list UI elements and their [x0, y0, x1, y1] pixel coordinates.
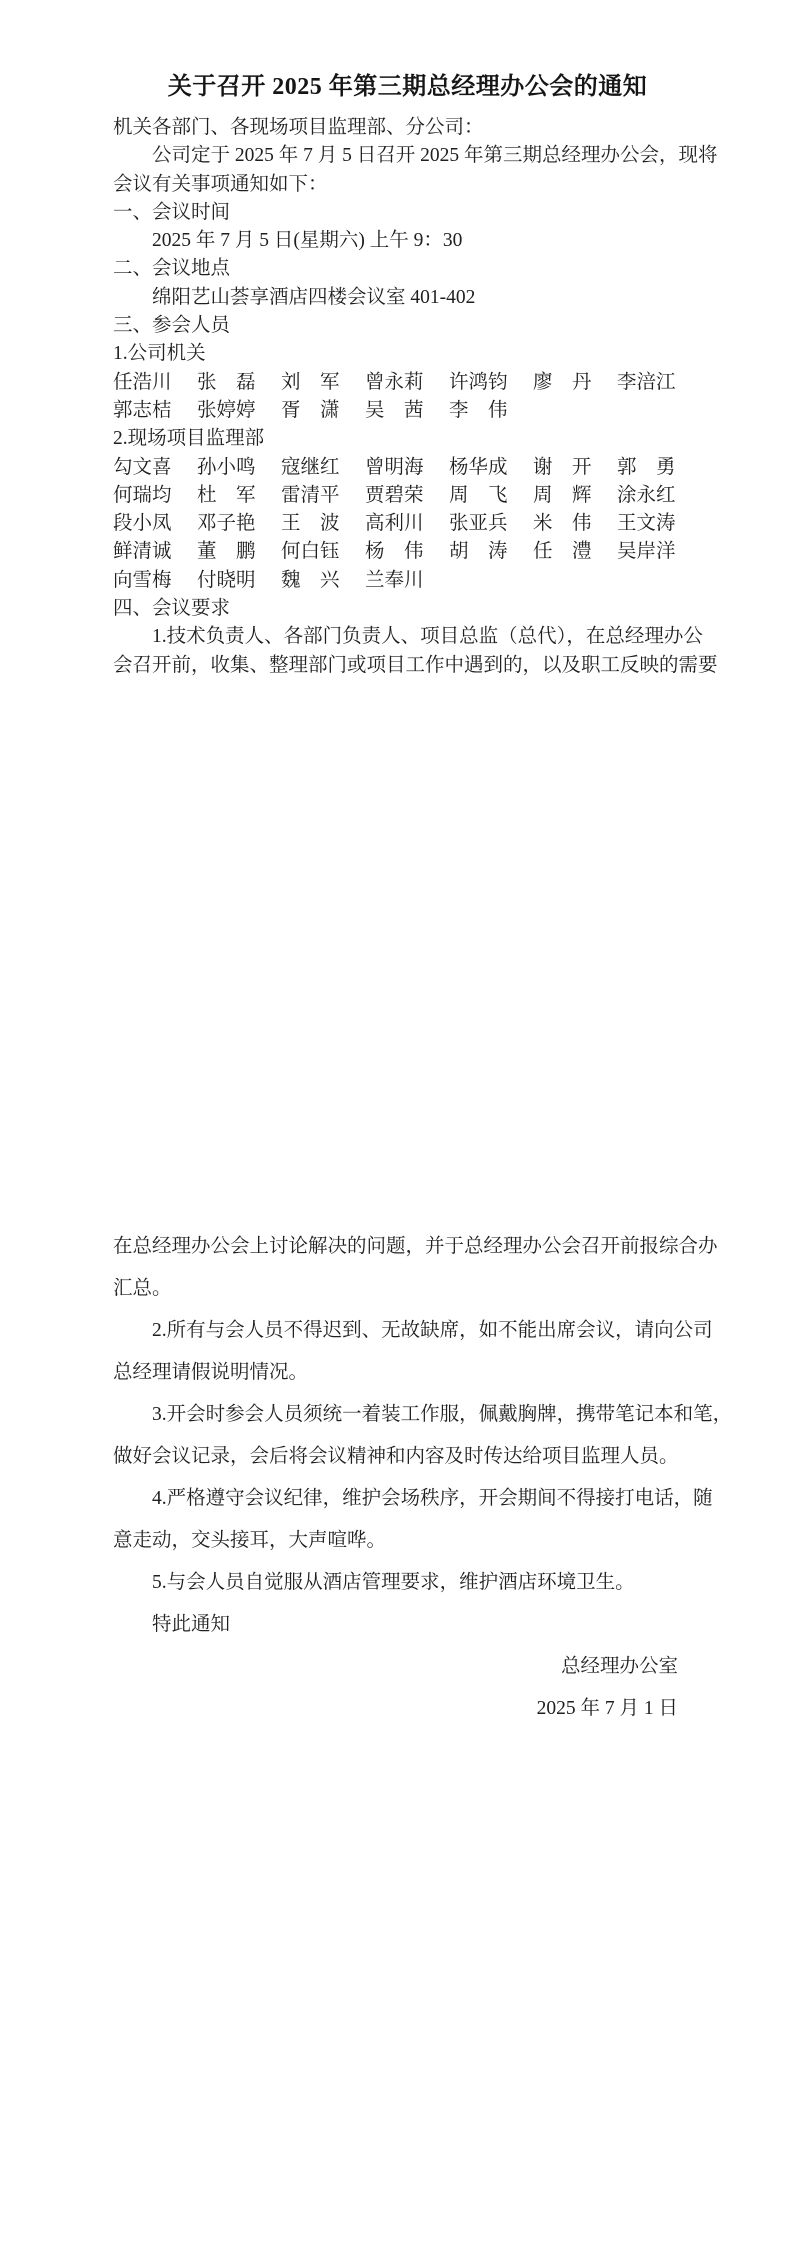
attendee-name: 任浩川: [113, 369, 197, 397]
text-line: 意走动，交头接耳，大声喧哗。: [113, 1520, 702, 1562]
text-line: 四、会议要求: [113, 595, 702, 623]
attendee-name: 张婷婷: [197, 397, 281, 425]
document-title: 关于召开 2025 年第三期总经理办公会的通知: [113, 70, 702, 104]
attendee-name: 胥 潇: [281, 397, 365, 425]
attendee-name: 涂永红: [617, 482, 701, 510]
attendee-name: 郭 勇: [617, 454, 701, 482]
attendee-name: 周 飞: [449, 482, 533, 510]
attendee-name: 何白钰: [281, 538, 365, 566]
attendee-name-row: 段小凤邓子艳王 波高利川张亚兵米 伟王文涛: [113, 510, 702, 538]
text-line: 在总经理办公会上讨论解决的问题，并于总经理办公会召开前报综合办: [113, 1226, 702, 1268]
attendee-name: 谢 开: [533, 454, 617, 482]
attendee-name: 孙小鸣: [197, 454, 281, 482]
text-line: 做好会议记录，会后将会议精神和内容及时传达给项目监理人员。: [113, 1436, 702, 1478]
text-line: 3.开会时参会人员须统一着装工作服，佩戴胸牌，携带笔记本和笔，: [113, 1394, 702, 1436]
page-break-gap: [113, 680, 702, 1226]
attendee-name-row: 勾文喜孙小鸣寇继红曾明海杨华成谢 开郭 勇: [113, 454, 702, 482]
attendee-name: 勾文喜: [113, 454, 197, 482]
attendee-name: 杜 军: [197, 482, 281, 510]
attendee-name: 王文涛: [617, 510, 701, 538]
attendee-name: 胡 涛: [449, 538, 533, 566]
text-line: 4.严格遵守会议纪律，维护会场秩序，开会期间不得接打电话，随: [113, 1478, 702, 1520]
attendee-name: 雷清平: [281, 482, 365, 510]
text-line: 1.公司机关: [113, 340, 702, 368]
attendee-name: 廖 丹: [533, 369, 617, 397]
text-line: 三、参会人员: [113, 312, 702, 340]
attendee-name: 寇继红: [281, 454, 365, 482]
attendee-name: 段小凤: [113, 510, 197, 538]
attendee-name: 贾碧荣: [365, 482, 449, 510]
attendee-name: 许鸿钧: [449, 369, 533, 397]
attendee-name: 周 辉: [533, 482, 617, 510]
attendee-name: 任 澧: [533, 538, 617, 566]
text-line: 5.与会人员自觉服从酒店管理要求，维护酒店环境卫生。: [113, 1562, 702, 1604]
text-line: 绵阳艺山荟享酒店四楼会议室 401-402: [113, 284, 702, 312]
attendee-name-row: 鲜清诚董 鹏何白钰杨 伟胡 涛任 澧吴岸洋: [113, 538, 702, 566]
text-line: 2.所有与会人员不得迟到、无故缺席，如不能出席会议，请向公司: [113, 1310, 702, 1352]
attendee-name: 付晓明: [197, 567, 281, 595]
text-line: 汇总。: [113, 1268, 702, 1310]
page2-content: 在总经理办公会上讨论解决的问题，并于总经理办公会召开前报综合办汇总。2.所有与会…: [113, 1226, 702, 1730]
attendee-name: 米 伟: [533, 510, 617, 538]
text-line: 总经理请假说明情况。: [113, 1352, 702, 1394]
text-line: 总经理办公室: [113, 1646, 702, 1688]
attendee-name: 曾永莉: [365, 369, 449, 397]
text-line: 2.现场项目监理部: [113, 425, 702, 453]
attendee-name: 兰奉川: [365, 567, 449, 595]
attendee-name: 李涪江: [617, 369, 701, 397]
text-line: 会召开前，收集、整理部门或项目工作中遇到的，以及职工反映的需要: [113, 652, 702, 680]
attendee-name: 高利川: [365, 510, 449, 538]
attendee-name: 向雪梅: [113, 567, 197, 595]
attendee-name: 吴 茜: [365, 397, 449, 425]
attendee-name: 杨 伟: [365, 538, 449, 566]
text-line: 二、会议地点: [113, 255, 702, 283]
attendee-name: 鲜清诚: [113, 538, 197, 566]
attendee-name: 张 磊: [197, 369, 281, 397]
text-line: 公司定于 2025 年 7 月 5 日召开 2025 年第三期总经理办公会，现将: [113, 142, 702, 170]
text-line: 1.技术负责人、各部门负责人、项目总监（总代），在总经理办公: [113, 623, 702, 651]
text-line: 2025 年 7 月 5 日(星期六) 上午 9：30: [113, 227, 702, 255]
text-line: 一、会议时间: [113, 199, 702, 227]
text-line: 机关各部门、各现场项目监理部、分公司：: [113, 114, 702, 142]
attendee-name-row: 任浩川张 磊刘 军曾永莉许鸿钧廖 丹李涪江: [113, 369, 702, 397]
attendee-name: 李 伟: [449, 397, 533, 425]
attendee-name: 董 鹏: [197, 538, 281, 566]
attendee-name: 曾明海: [365, 454, 449, 482]
text-line: 特此通知: [113, 1604, 702, 1646]
page1-content: 机关各部门、各现场项目监理部、分公司：公司定于 2025 年 7 月 5 日召开…: [113, 114, 702, 680]
attendee-name: 杨华成: [449, 454, 533, 482]
attendee-name-row: 向雪梅付晓明魏 兴兰奉川: [113, 567, 702, 595]
attendee-name-row: 何瑞均杜 军雷清平贾碧荣周 飞周 辉涂永红: [113, 482, 702, 510]
attendee-name: 何瑞均: [113, 482, 197, 510]
attendee-name: 刘 军: [281, 369, 365, 397]
attendee-name-row: 郭志桔张婷婷胥 潇吴 茜李 伟: [113, 397, 702, 425]
attendee-name: 张亚兵: [449, 510, 533, 538]
attendee-name: 吴岸洋: [617, 538, 701, 566]
attendee-name: 邓子艳: [197, 510, 281, 538]
attendee-name: 魏 兴: [281, 567, 365, 595]
document-page: 关于召开 2025 年第三期总经理办公会的通知 机关各部门、各现场项目监理部、分…: [0, 0, 794, 2246]
text-line: 2025 年 7 月 1 日: [113, 1688, 702, 1730]
attendee-name: 王 波: [281, 510, 365, 538]
text-line: 会议有关事项通知如下：: [113, 171, 702, 199]
attendee-name: 郭志桔: [113, 397, 197, 425]
